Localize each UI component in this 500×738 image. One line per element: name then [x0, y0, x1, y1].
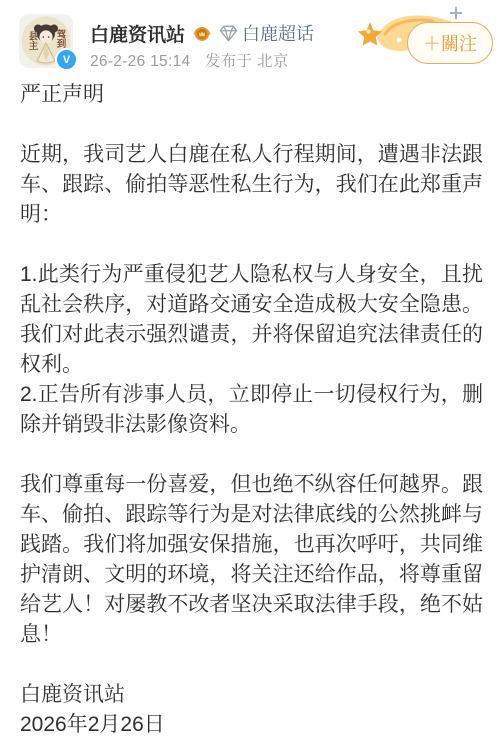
location-label: 北京: [257, 53, 289, 70]
star-icon: [358, 22, 382, 46]
verified-badge-icon: V: [55, 48, 78, 71]
name-row: 白鹿资讯站 白鹿超话: [90, 21, 314, 45]
avatar-right-text: 驾到: [55, 28, 67, 49]
avatar-left-text: 县主: [27, 30, 39, 51]
username-link[interactable]: 白鹿资讯站: [90, 20, 185, 47]
plus-sparkle-icon: [449, 6, 463, 20]
post-header: 县主 驾到 V 白鹿资讯站: [0, 0, 500, 76]
weibo-post-screenshot: 县主 驾到 V 白鹿资讯站: [0, 0, 500, 738]
follow-area: ＋關注: [355, 0, 500, 72]
timestamp: 26-2-26 15:14: [90, 53, 190, 70]
diamond-icon: [219, 25, 238, 42]
post-content: 严正声明 近期，我司艺人白鹿在私人行程期间，遭遇非法跟车、跟踪、偷拍等恶性私生行…: [20, 80, 483, 738]
post-meta: 26-2-26 15:14 发布于 北京: [90, 49, 289, 71]
supertopic-label: 白鹿超话: [242, 20, 314, 46]
follow-button[interactable]: ＋關注: [407, 22, 493, 64]
avatar[interactable]: 县主 驾到 V: [19, 14, 73, 68]
vip-crown-badge-icon: [191, 24, 213, 43]
supertopic-link[interactable]: 白鹿超话: [219, 20, 314, 46]
posted-from-label: 发布于: [205, 53, 252, 70]
